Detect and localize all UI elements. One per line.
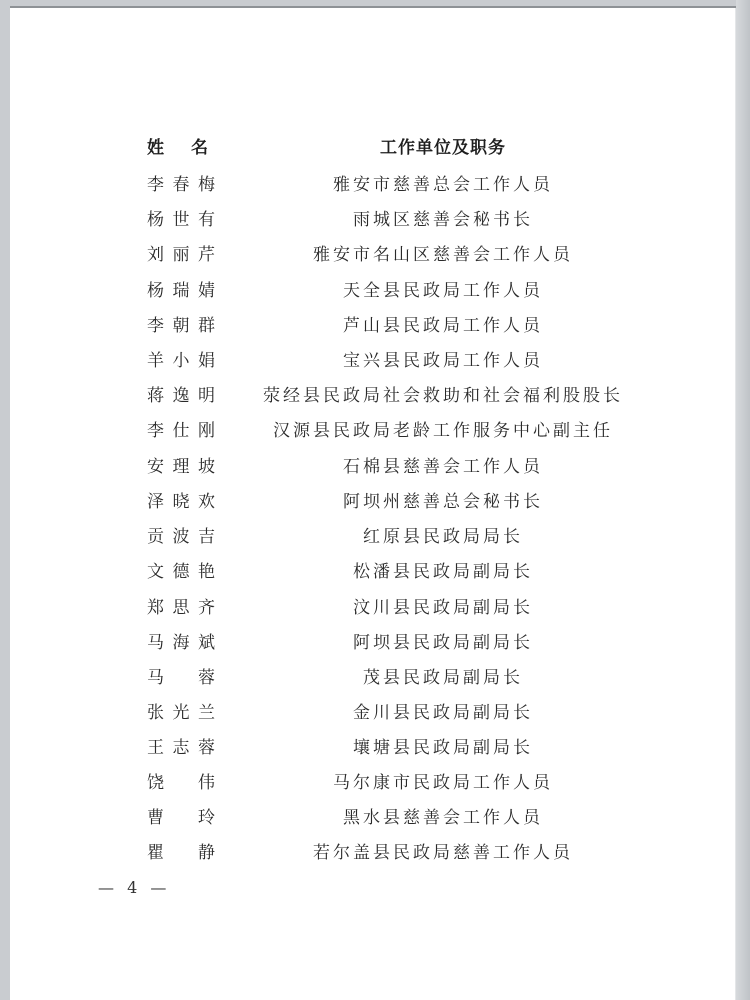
person-name: 李仕刚 xyxy=(147,416,217,441)
person-position: 雅安市慈善总会工作人员 xyxy=(240,170,646,195)
list-item: 张光兰金川县民政局副局长 xyxy=(0,698,750,734)
list-item: 李春梅雅安市慈善总会工作人员 xyxy=(0,170,750,206)
person-position: 若尔盖县民政局慈善工作人员 xyxy=(240,838,646,863)
list-item: 文德艳松潘县民政局副局长 xyxy=(0,557,750,593)
list-item: 蒋逸明荥经县民政局社会救助和社会福利股股长 xyxy=(0,381,750,417)
person-name: 杨瑞婧 xyxy=(147,276,217,301)
list-item: 刘丽芹雅安市名山区慈善会工作人员 xyxy=(0,240,750,276)
person-position: 金川县民政局副局长 xyxy=(240,698,646,723)
person-name: 马 蓉 xyxy=(147,663,217,688)
person-position: 雨城区慈善会秘书长 xyxy=(240,205,646,230)
list-item: 羊小娟宝兴县民政局工作人员 xyxy=(0,346,750,382)
person-position: 黑水县慈善会工作人员 xyxy=(240,803,646,828)
person-name: 泽晓欢 xyxy=(147,487,217,512)
list-item: 郑思齐汶川县民政局副局长 xyxy=(0,593,750,629)
header-name: 姓 名 xyxy=(147,133,209,158)
person-name: 李春梅 xyxy=(147,170,217,195)
person-name: 蒋逸明 xyxy=(147,381,217,406)
page-number: — 4 — xyxy=(98,878,170,897)
person-position: 壤塘县民政局副局长 xyxy=(240,733,646,758)
person-position: 马尔康市民政局工作人员 xyxy=(240,768,646,793)
person-name: 李朝群 xyxy=(147,311,217,336)
person-position: 红原县民政局局长 xyxy=(240,522,646,547)
list-item: 饶 伟马尔康市民政局工作人员 xyxy=(0,768,750,804)
list-item: 泽晓欢阿坝州慈善总会秘书长 xyxy=(0,487,750,523)
list-item: 马 蓉茂县民政局副局长 xyxy=(0,663,750,699)
person-position: 茂县民政局副局长 xyxy=(240,663,646,688)
person-position: 松潘县民政局副局长 xyxy=(240,557,646,582)
person-name: 张光兰 xyxy=(147,698,217,723)
person-position: 芦山县民政局工作人员 xyxy=(240,311,646,336)
person-name: 贡波吉 xyxy=(147,522,217,547)
table-header: 姓 名 工作单位及职务 xyxy=(0,133,750,169)
person-name: 曹 玲 xyxy=(147,803,217,828)
person-name: 杨世有 xyxy=(147,205,217,230)
list-item: 曹 玲黑水县慈善会工作人员 xyxy=(0,803,750,839)
person-position: 宝兴县民政局工作人员 xyxy=(240,346,646,371)
person-name: 羊小娟 xyxy=(147,346,217,371)
list-item: 贡波吉红原县民政局局长 xyxy=(0,522,750,558)
person-name: 郑思齐 xyxy=(147,593,217,618)
person-name: 马海斌 xyxy=(147,628,217,653)
list-item: 马海斌阿坝县民政局副局长 xyxy=(0,628,750,664)
list-item: 瞿 静若尔盖县民政局慈善工作人员 xyxy=(0,838,750,874)
person-position: 汶川县民政局副局长 xyxy=(240,593,646,618)
person-name: 安理坡 xyxy=(147,452,217,477)
person-name: 文德艳 xyxy=(147,557,217,582)
list-item: 杨世有雨城区慈善会秘书长 xyxy=(0,205,750,241)
person-position: 石棉县慈善会工作人员 xyxy=(240,452,646,477)
person-name: 饶 伟 xyxy=(147,768,217,793)
list-item: 李仕刚汉源县民政局老龄工作服务中心副主任 xyxy=(0,416,750,452)
person-name: 刘丽芹 xyxy=(147,240,217,265)
list-item: 李朝群芦山县民政局工作人员 xyxy=(0,311,750,347)
person-position: 天全县民政局工作人员 xyxy=(240,276,646,301)
list-item: 杨瑞婧天全县民政局工作人员 xyxy=(0,276,750,312)
person-name: 瞿 静 xyxy=(147,838,217,863)
person-position: 阿坝州慈善总会秘书长 xyxy=(240,487,646,512)
header-position: 工作单位及职务 xyxy=(240,133,646,158)
person-position: 汉源县民政局老龄工作服务中心副主任 xyxy=(240,416,646,441)
list-item: 王志蓉壤塘县民政局副局长 xyxy=(0,733,750,769)
person-name: 王志蓉 xyxy=(147,733,217,758)
person-position: 雅安市名山区慈善会工作人员 xyxy=(240,240,646,265)
person-position: 荥经县民政局社会救助和社会福利股股长 xyxy=(240,381,646,406)
list-item: 安理坡石棉县慈善会工作人员 xyxy=(0,452,750,488)
person-position: 阿坝县民政局副局长 xyxy=(240,628,646,653)
